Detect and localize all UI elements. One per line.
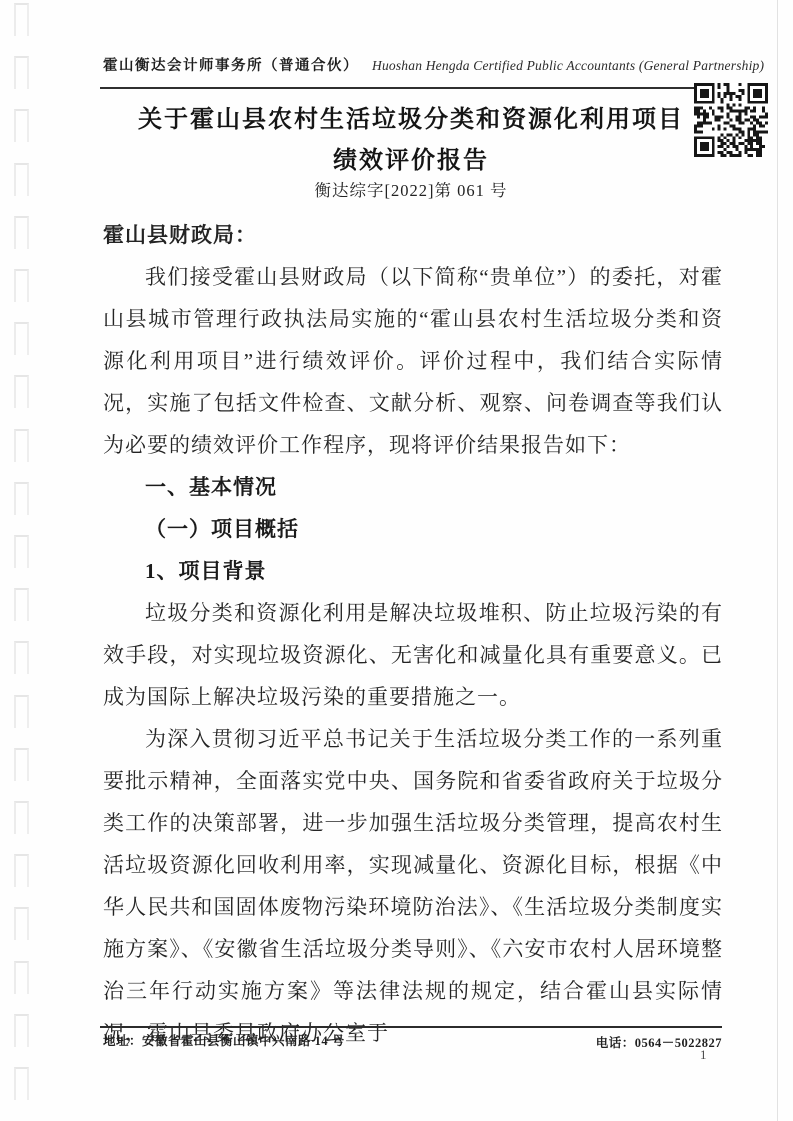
document-number: 衡达综字[2022]第 061 号: [100, 177, 722, 201]
binding-hole: [14, 482, 29, 515]
firm-name-english: Huoshan Hengda Certified Public Accounta…: [372, 58, 764, 74]
binding-hole: [14, 375, 29, 408]
binding-hole: [14, 1014, 29, 1047]
binding-hole: [14, 163, 29, 196]
binding-hole: [14, 109, 29, 142]
footer-address: 地址：安徽省霍山县衡山镇中兴南路 14 号: [103, 1031, 345, 1049]
report-title-line2: 绩效评价报告: [100, 140, 722, 175]
section-heading: （一）项目概括: [103, 508, 723, 550]
binding-hole: [14, 907, 29, 940]
binding-hole: [14, 748, 29, 781]
binding-hole: [14, 216, 29, 249]
binding-hole: [14, 322, 29, 355]
scanned-report-page: 霍山衡达会计师事务所（普通合伙） Huoshan Hengda Certifie…: [0, 0, 793, 1121]
body-paragraph: 垃圾分类和资源化利用是解决垃圾堆积、防止垃圾污染的有效手段，对实现垃圾资源化、无…: [103, 592, 723, 718]
binding-hole: [14, 854, 29, 887]
binding-hole: [14, 3, 29, 36]
binding-hole: [14, 56, 29, 89]
binding-hole: [14, 641, 29, 674]
binding-hole: [14, 961, 29, 994]
body-paragraph: 为深入贯彻习近平总书记关于生活垃圾分类工作的一系列重要批示精神，全面落实党中央、…: [103, 718, 723, 1054]
binding-hole: [14, 801, 29, 834]
binding-hole: [14, 429, 29, 462]
binding-hole: [14, 695, 29, 728]
binding-hole: [14, 535, 29, 568]
section-heading: 一、基本情况: [103, 466, 723, 508]
page-number: 1: [700, 1047, 707, 1063]
binding-hole: [14, 269, 29, 302]
letterhead: 霍山衡达会计师事务所（普通合伙） Huoshan Hengda Certifie…: [103, 54, 723, 75]
letterhead-rule: [100, 87, 722, 89]
footer-rule: [100, 1026, 722, 1028]
binding-hole: [14, 588, 29, 621]
firm-name-chinese: 霍山衡达会计师事务所（普通合伙）: [103, 54, 359, 75]
section-heading: 1、项目背景: [103, 550, 723, 592]
page-edge-shadow: [777, 0, 778, 1121]
report-title-line1: 关于霍山县农村生活垃圾分类和资源化利用项目: [100, 99, 722, 134]
document-body: 霍山县财政局： 我们接受霍山县财政局（以下简称“贵单位”）的委托，对霍山县城市管…: [103, 214, 723, 1054]
salutation: 霍山县财政局：: [103, 214, 723, 256]
binding-hole: [14, 1067, 29, 1100]
footer-phone: 电话：0564－5022827: [560, 1033, 722, 1051]
body-paragraph: 我们接受霍山县财政局（以下简称“贵单位”）的委托，对霍山县城市管理行政执法局实施…: [103, 256, 723, 466]
